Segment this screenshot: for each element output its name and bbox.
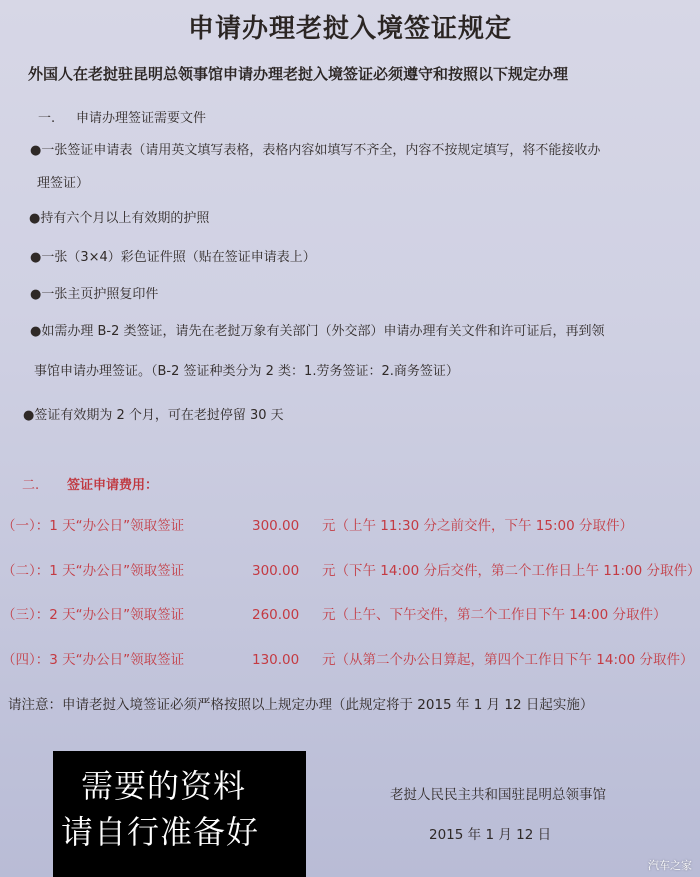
fee-detail: 元（上午、下午交件，第二个工作日下午 14:00 分取件） bbox=[322, 607, 667, 623]
fee-detail: 元（上午 11:30 分之前交件，下午 15:00 分取件） bbox=[322, 518, 633, 534]
fee-amount: 130.00 bbox=[252, 652, 322, 668]
fee-detail: 元（下午 14:00 分后交件，第二个工作日上午 11:00 分取件） bbox=[322, 563, 700, 579]
issue-date: 2015 年 1 月 12 日 bbox=[429, 823, 551, 843]
requirement-item: ●如需办理 B-2 类签证，请先在老挝万象有关部门（外交部）申请办理有关文件和许… bbox=[30, 320, 605, 339]
section1-number: 一. bbox=[38, 107, 76, 126]
fee-amount: 260.00 bbox=[252, 607, 322, 623]
issuer-name: 老挝人民民主共和国驻昆明总领事馆 bbox=[390, 783, 606, 803]
section2-heading: 二.签证申请费用： bbox=[22, 474, 158, 493]
fee-amount: 300.00 bbox=[252, 518, 322, 534]
fee-amount: 300.00 bbox=[252, 563, 322, 579]
fee-row: （一）：1 天“办公日”领取签证300.00元（上午 11:30 分之前交件，下… bbox=[2, 514, 633, 534]
requirement-item: ●签证有效期为 2 个月，可在老挝停留 30 天 bbox=[23, 404, 284, 423]
fee-row: （四）：3 天“办公日”领取签证130.00元（从第二个办公日算起，第四个工作日… bbox=[2, 648, 694, 668]
requirement-item-continued: 理签证） bbox=[37, 172, 89, 191]
fee-label: （四）：3 天“办公日”领取签证 bbox=[2, 648, 252, 668]
section2-title: 签证申请费用： bbox=[67, 478, 158, 493]
requirement-item-continued: 事馆申请办理签证。（B-2 签证种类分为 2 类：1.劳务签证：2.商务签证） bbox=[34, 360, 459, 379]
watermark: 汽车之家 bbox=[648, 857, 692, 873]
caption-line-1: 需要的资料 bbox=[81, 761, 246, 807]
requirement-item: ●持有六个月以上有效期的护照 bbox=[29, 207, 209, 226]
section2-number: 二. bbox=[22, 474, 67, 493]
fee-row: （二）：1 天“办公日”领取签证300.00元（下午 14:00 分后交件，第二… bbox=[2, 559, 700, 579]
fee-row: （三）：2 天“办公日”领取签证260.00元（上午、下午交件，第二个工作日下午… bbox=[2, 603, 667, 623]
fee-label: （三）：2 天“办公日”领取签证 bbox=[2, 603, 252, 623]
fee-detail: 元（从第二个办公日算起，第四个工作日下午 14:00 分取件） bbox=[322, 652, 694, 668]
requirement-item: ●一张主页护照复印件 bbox=[30, 283, 158, 302]
fee-label: （一）：1 天“办公日”领取签证 bbox=[2, 514, 252, 534]
document-title: 申请办理老挝入境签证规定 bbox=[0, 8, 700, 45]
requirement-item: ●一张签证申请表（请用英文填写表格，表格内容如填写不齐全，内容不按规定填写，将不… bbox=[30, 139, 600, 158]
caption-line-2: 请自行准备好 bbox=[61, 807, 259, 853]
fee-label: （二）：1 天“办公日”领取签证 bbox=[2, 559, 252, 579]
section1-heading: 一.申请办理签证需要文件 bbox=[38, 107, 206, 126]
section1-title: 申请办理签证需要文件 bbox=[76, 111, 206, 126]
caption-overlay: 需要的资料 请自行准备好 bbox=[53, 751, 306, 877]
document-subtitle: 外国人在老挝驻昆明总领事馆申请办理老挝入境签证必须遵守和按照以下规定办理 bbox=[28, 63, 568, 84]
notice-text: 请注意：申请老挝入境签证必须严格按照以上规定办理（此规定将于 2015 年 1 … bbox=[8, 693, 593, 713]
requirement-item: ●一张（3×4）彩色证件照（贴在签证申请表上） bbox=[30, 246, 316, 265]
